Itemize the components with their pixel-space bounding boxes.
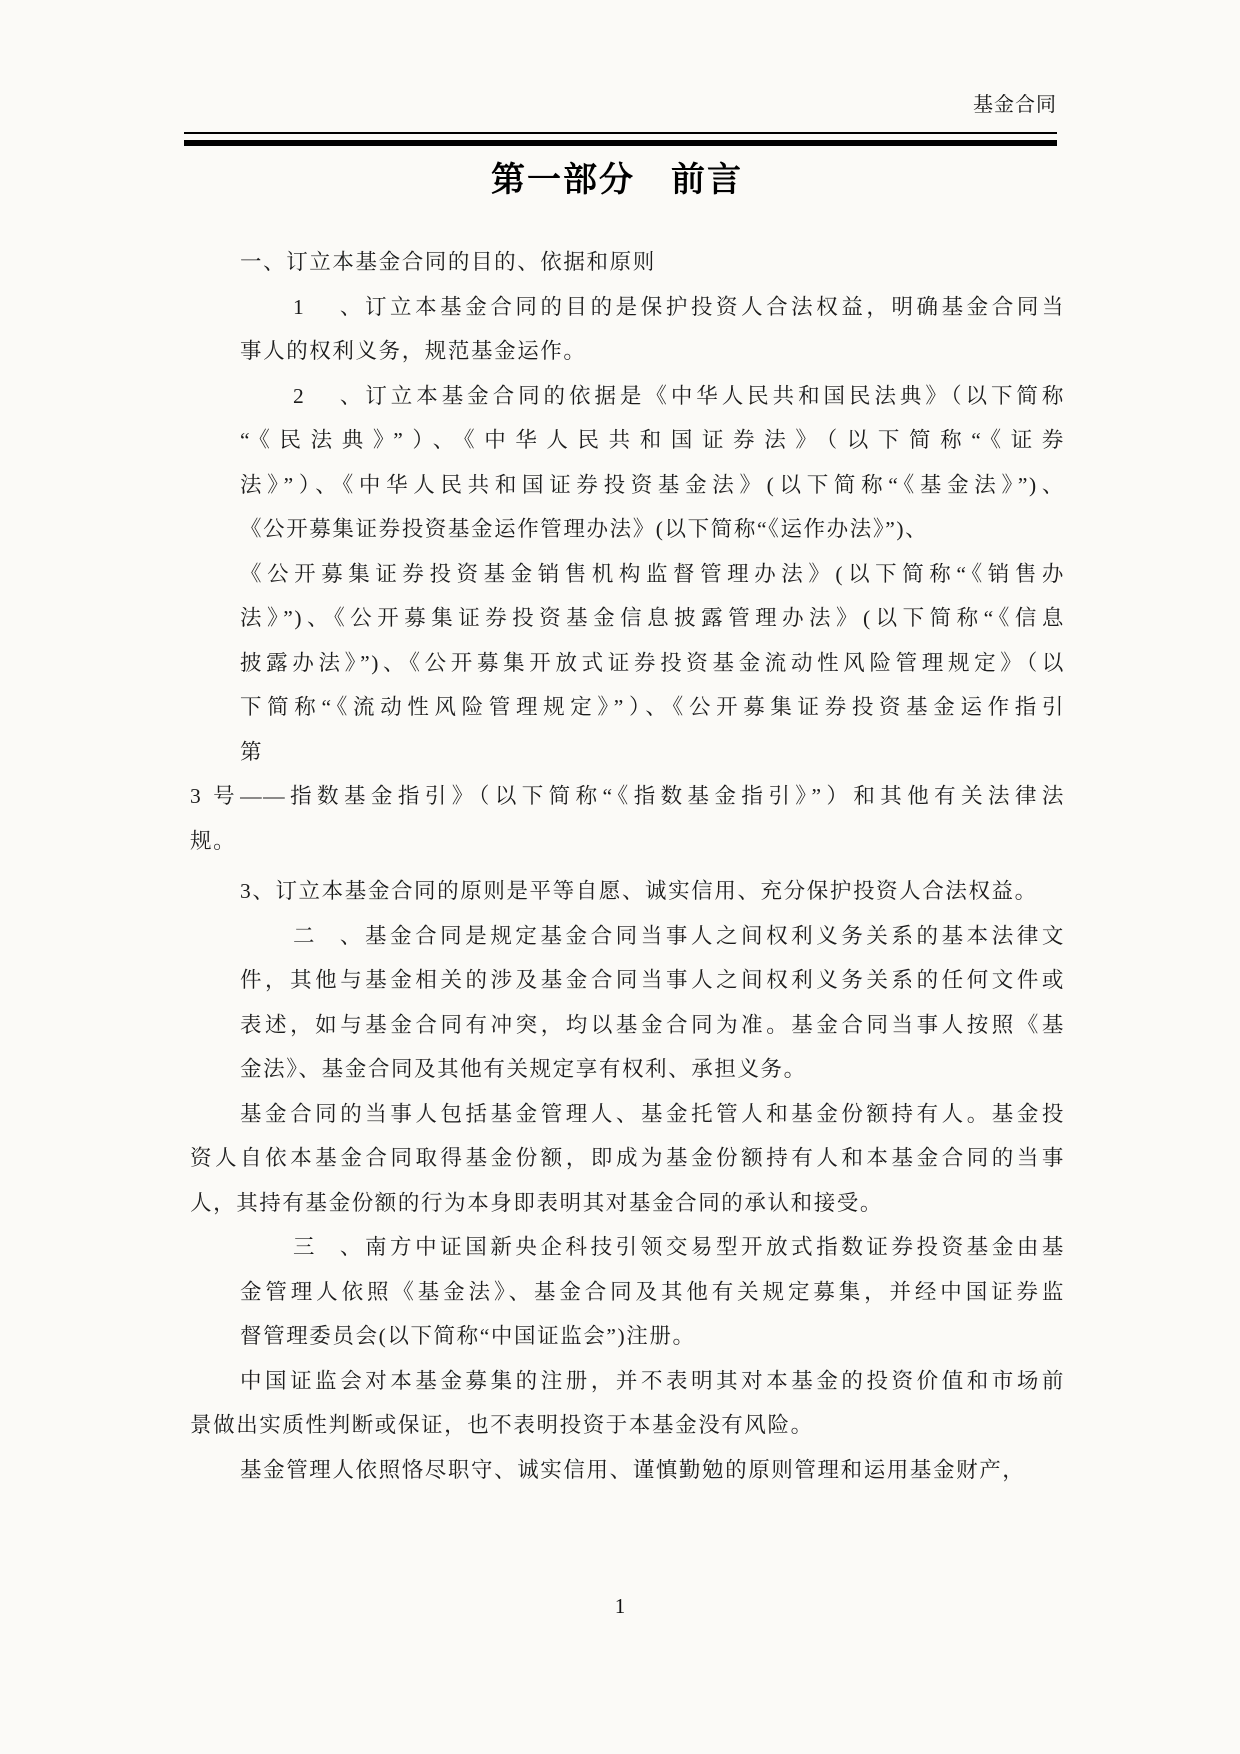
text-line: 《公开募集证券投资基金运作管理办法》(以下简称“《运作办法》”)、 bbox=[240, 507, 1065, 552]
text-line: 基金合同的当事人包括基金管理人、基金托管人和基金份额持有人。基金投 bbox=[240, 1092, 1065, 1137]
text-line: 披露办法》”)、《公开募集开放式证券投资基金流动性风险管理规定》（以 bbox=[240, 641, 1065, 686]
line-text: 基金合同是规定基金合同当事人之间权利义务关系的基本法律文 bbox=[363, 924, 1065, 948]
text-line: 督管理委员会(以下简称“中国证监会”)注册。 bbox=[240, 1314, 1065, 1359]
text-line: 金管理人依照《基金法》、基金合同及其他有关规定募集，并经中国证券监 bbox=[240, 1270, 1065, 1315]
header-rule-thin bbox=[184, 132, 1057, 134]
text-line: 法》”）、《中华人民共和国证券投资基金法》(以下简称“《基金法》”)、 bbox=[240, 463, 1065, 508]
line-text: 南方中证国新央企科技引领交易型开放式指数证券投资基金由基 bbox=[363, 1235, 1065, 1259]
text-line: 一、订立本基金合同的目的、依据和原则 bbox=[240, 240, 1065, 285]
text-line: 三、南方中证国新央企科技引领交易型开放式指数证券投资基金由基 bbox=[293, 1225, 1065, 1270]
line-text: 订立本基金合同的依据是《中华人民共和国民法典》（以下简称 bbox=[363, 384, 1065, 408]
text-line: 事人的权利义务，规范基金运作。 bbox=[240, 329, 1065, 374]
page-number: 1 bbox=[0, 1594, 1240, 1619]
text-line: 中国证监会对本基金募集的注册，并不表明其对本基金的投资价值和市场前 bbox=[240, 1359, 1065, 1404]
document-body: 一、订立本基金合同的目的、依据和原则1、订立本基金合同的目的是保护投资人合法权益… bbox=[190, 240, 1065, 1492]
text-line: 基金管理人依照恪尽职守、诚实信用、谨慎勤勉的原则管理和运用基金财产， bbox=[240, 1448, 1065, 1493]
text-line: 人，其持有基金份额的行为本身即表明其对基金合同的承认和接受。 bbox=[190, 1181, 1065, 1226]
text-line: 资人自依本基金合同取得基金份额，即成为基金份额持有人和本基金合同的当事 bbox=[190, 1136, 1065, 1181]
text-line: 件，其他与基金相关的涉及基金合同当事人之间权利义务关系的任何文件或 bbox=[240, 958, 1065, 1003]
text-line: 法》”)、《公开募集证券投资基金信息披露管理办法》(以下简称“《信息 bbox=[240, 596, 1065, 641]
text-line: 2、订立本基金合同的依据是《中华人民共和国民法典》（以下简称 bbox=[293, 374, 1065, 419]
text-line: 3、订立本基金合同的原则是平等自愿、诚实信用、充分保护投资人合法权益。 bbox=[240, 869, 1065, 914]
section-title: 第一部分 前言 bbox=[0, 152, 1234, 201]
list-number: 2、 bbox=[293, 374, 363, 419]
list-number: 1、 bbox=[293, 285, 363, 330]
list-number: 二、 bbox=[293, 914, 363, 959]
text-line: 表述，如与基金合同有冲突，均以基金合同为准。基金合同当事人按照《基 bbox=[240, 1003, 1065, 1048]
text-line: 二、基金合同是规定基金合同当事人之间权利义务关系的基本法律文 bbox=[293, 914, 1065, 959]
text-line: 1、订立本基金合同的目的是保护投资人合法权益，明确基金合同当 bbox=[293, 285, 1065, 330]
header-rule-thick bbox=[184, 140, 1057, 146]
text-line: 规。 bbox=[190, 819, 1065, 864]
document-header-label: 基金合同 bbox=[184, 88, 1057, 117]
text-line: 下简称“《流动性风险管理规定》”）、《公开募集证券投资基金运作指引 bbox=[240, 685, 1065, 730]
text-line: 金法》、基金合同及其他有关规定享有权利、承担义务。 bbox=[240, 1047, 1065, 1092]
text-line: 3 号——指数基金指引》（以下简称“《指数基金指引》”）和其他有关法律法 bbox=[190, 774, 1065, 819]
text-line: 第 bbox=[240, 730, 1065, 775]
text-line: “《民法典》”）、《中华人民共和国证券法》（以下简称“《证券 bbox=[240, 418, 1065, 463]
text-line: 景做出实质性判断或保证，也不表明投资于本基金没有风险。 bbox=[190, 1403, 1065, 1448]
document-page: 基金合同 第一部分 前言 一、订立本基金合同的目的、依据和原则1、订立本基金合同… bbox=[0, 0, 1240, 1754]
list-number: 三、 bbox=[293, 1225, 363, 1270]
line-text: 订立本基金合同的目的是保护投资人合法权益，明确基金合同当 bbox=[363, 295, 1065, 319]
text-line: 《公开募集证券投资基金销售机构监督管理办法》(以下简称“《销售办 bbox=[240, 552, 1065, 597]
